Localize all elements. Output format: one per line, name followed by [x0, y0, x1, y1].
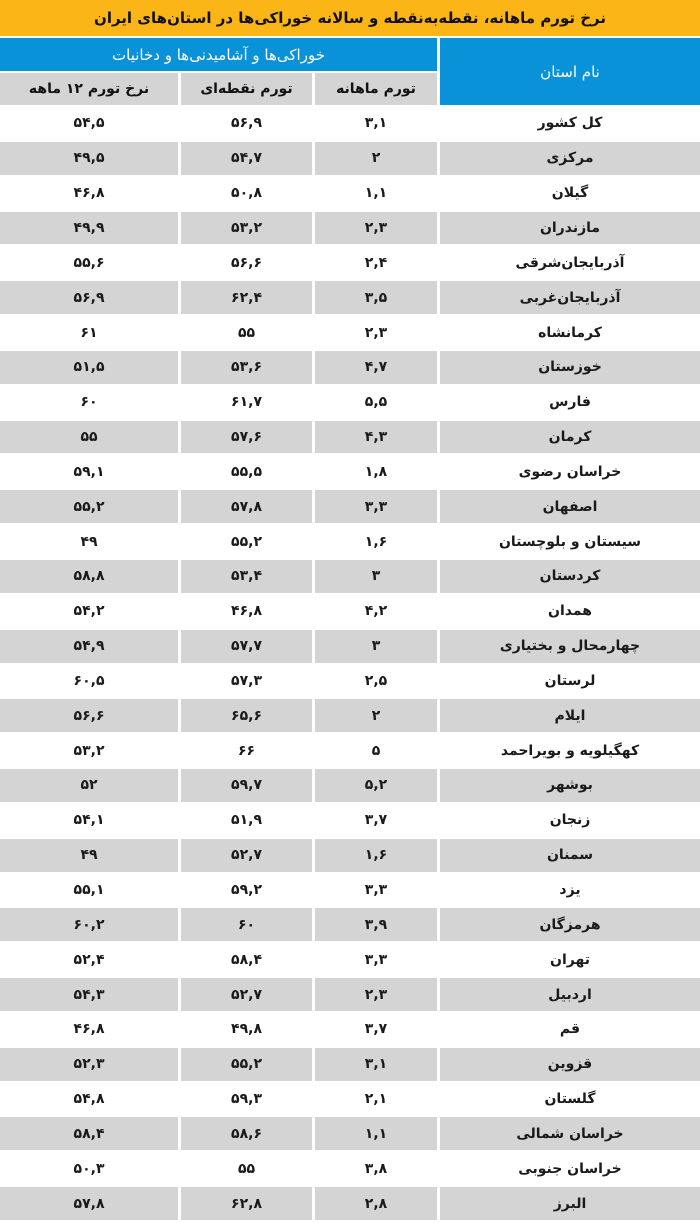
table-row: کرمانشاه۲,۳۵۵۶۱: [0, 316, 700, 349]
table-row: مرکزی۲۵۴,۷۴۹,۵: [0, 142, 700, 175]
table-row: همدان۴,۲۴۶,۸۵۴,۲: [0, 595, 700, 628]
header-point: تورم نقطه‌ای: [181, 73, 312, 105]
point-cell: ۵۳,۴: [181, 560, 312, 593]
province-cell: سیستان و بلوچستان: [440, 525, 700, 558]
table-row: مازندران۲,۳۵۳,۲۴۹,۹: [0, 212, 700, 245]
annual-cell: ۶۱: [0, 316, 178, 349]
annual-cell: ۶۰,۲: [0, 908, 178, 941]
table-row: تهران۳,۳۵۸,۴۵۲,۴: [0, 943, 700, 976]
point-cell: ۵۱,۹: [181, 804, 312, 837]
monthly-cell: ۱,۶: [315, 839, 437, 872]
annual-cell: ۵۰,۳: [0, 1152, 178, 1185]
province-cell: آذربایجان‌غربی: [440, 281, 700, 314]
point-cell: ۵۷,۸: [181, 490, 312, 523]
header-monthly: تورم ماهانه: [315, 73, 437, 105]
annual-cell: ۶۰,۵: [0, 665, 178, 698]
table-row: آذربایجان‌شرقی۲,۴۵۶,۶۵۵,۶: [0, 246, 700, 279]
monthly-cell: ۳,۸: [315, 1152, 437, 1185]
annual-cell: ۵۴,۵: [0, 107, 178, 140]
province-cell: چهارمحال و بختیاری: [440, 630, 700, 663]
point-cell: ۵۷,۷: [181, 630, 312, 663]
annual-cell: ۵۶,۶: [0, 699, 178, 732]
header-annual: نرخ تورم ۱۲ ماهه: [0, 73, 178, 105]
point-cell: ۶۵,۶: [181, 699, 312, 732]
annual-cell: ۵۵,۶: [0, 246, 178, 279]
annual-cell: ۴۹,۹: [0, 212, 178, 245]
header-group-food: خوراکی‌ها و آشامیدنی‌ها و دخانیات: [0, 38, 437, 71]
table-row: گیلان۱,۱۵۰,۸۴۶,۸: [0, 177, 700, 210]
annual-cell: ۵۳,۲: [0, 734, 178, 767]
point-cell: ۵۹,۳: [181, 1083, 312, 1116]
monthly-cell: ۱,۶: [315, 525, 437, 558]
inflation-table: نرخ تورم ماهانه، نقطه‌به‌نقطه و سالانه خ…: [0, 0, 700, 1225]
annual-cell: ۵۸,۴: [0, 1117, 178, 1150]
monthly-cell: ۴,۷: [315, 351, 437, 384]
point-cell: ۵۵,۵: [181, 455, 312, 488]
annual-cell: ۴۶,۸: [0, 177, 178, 210]
monthly-cell: ۳,۹: [315, 908, 437, 941]
monthly-cell: ۳: [315, 630, 437, 663]
annual-cell: ۵۴,۳: [0, 978, 178, 1011]
province-cell: همدان: [440, 595, 700, 628]
province-cell: اصفهان: [440, 490, 700, 523]
table-row: گلستان۲,۱۵۹,۳۵۴,۸: [0, 1083, 700, 1116]
monthly-cell: ۴,۲: [315, 595, 437, 628]
annual-cell: ۴۹,۵: [0, 142, 178, 175]
province-cell: البرز: [440, 1187, 700, 1220]
point-cell: ۵۴,۷: [181, 142, 312, 175]
monthly-cell: ۱,۸: [315, 455, 437, 488]
province-cell: زنجان: [440, 804, 700, 837]
point-cell: ۴۶,۸: [181, 595, 312, 628]
annual-cell: ۴۹: [0, 525, 178, 558]
monthly-cell: ۳,۷: [315, 804, 437, 837]
monthly-cell: ۳,۳: [315, 943, 437, 976]
monthly-cell: ۲,۳: [315, 316, 437, 349]
table-row: چهارمحال و بختیاری۳۵۷,۷۵۴,۹: [0, 630, 700, 663]
table-row: کردستان۳۵۳,۴۵۸,۸: [0, 560, 700, 593]
point-cell: ۵۰,۸: [181, 177, 312, 210]
province-cell: تهران: [440, 943, 700, 976]
monthly-cell: ۵: [315, 734, 437, 767]
point-cell: ۵۷,۳: [181, 665, 312, 698]
annual-cell: ۵۴,۸: [0, 1083, 178, 1116]
province-cell: خراسان جنوبی: [440, 1152, 700, 1185]
monthly-cell: ۳: [315, 560, 437, 593]
monthly-cell: ۵,۵: [315, 386, 437, 419]
province-cell: خراسان شمالی: [440, 1117, 700, 1150]
annual-cell: ۵۱,۵: [0, 351, 178, 384]
point-cell: ۵۵: [181, 1152, 312, 1185]
monthly-cell: ۳,۳: [315, 490, 437, 523]
point-cell: ۵۳,۲: [181, 212, 312, 245]
table-row: هرمزگان۳,۹۶۰۶۰,۲: [0, 908, 700, 941]
annual-cell: ۵۷,۸: [0, 1187, 178, 1220]
table-row: کل کشور۳,۱۵۶,۹۵۴,۵: [0, 107, 700, 140]
table-row: یزد۳,۳۵۹,۲۵۵,۱: [0, 874, 700, 907]
annual-cell: ۵۵: [0, 421, 178, 454]
monthly-cell: ۲: [315, 142, 437, 175]
annual-cell: ۵۲: [0, 769, 178, 802]
monthly-cell: ۲,۱: [315, 1083, 437, 1116]
province-cell: کل کشور: [440, 107, 700, 140]
monthly-cell: ۲,۳: [315, 978, 437, 1011]
monthly-cell: ۳,۵: [315, 281, 437, 314]
table-row: بوشهر۵,۲۵۹,۷۵۲: [0, 769, 700, 802]
point-cell: ۵۲,۷: [181, 839, 312, 872]
table-row: خراسان رضوی۱,۸۵۵,۵۵۹,۱: [0, 455, 700, 488]
monthly-cell: ۳,۱: [315, 107, 437, 140]
point-cell: ۵۹,۷: [181, 769, 312, 802]
table-row: اصفهان۳,۳۵۷,۸۵۵,۲: [0, 490, 700, 523]
annual-cell: ۵۲,۳: [0, 1048, 178, 1081]
point-cell: ۵۵: [181, 316, 312, 349]
province-cell: کهگیلویه و بویراحمد: [440, 734, 700, 767]
monthly-cell: ۴,۳: [315, 421, 437, 454]
annual-cell: ۴۹: [0, 839, 178, 872]
province-cell: اردبیل: [440, 978, 700, 1011]
point-cell: ۵۵,۲: [181, 525, 312, 558]
table-row: قم۳,۷۴۹,۸۴۶,۸: [0, 1013, 700, 1046]
monthly-cell: ۵,۲: [315, 769, 437, 802]
point-cell: ۶۲,۴: [181, 281, 312, 314]
table-row: خوزستان۴,۷۵۳,۶۵۱,۵: [0, 351, 700, 384]
province-cell: کرمانشاه: [440, 316, 700, 349]
province-cell: خوزستان: [440, 351, 700, 384]
province-cell: فارس: [440, 386, 700, 419]
annual-cell: ۵۸,۸: [0, 560, 178, 593]
point-cell: ۵۲,۷: [181, 978, 312, 1011]
table-row: ایلام۲۶۵,۶۵۶,۶: [0, 699, 700, 732]
point-cell: ۵۸,۶: [181, 1117, 312, 1150]
province-cell: بوشهر: [440, 769, 700, 802]
table-row: زنجان۳,۷۵۱,۹۵۴,۱: [0, 804, 700, 837]
province-cell: قزوین: [440, 1048, 700, 1081]
province-cell: لرستان: [440, 665, 700, 698]
province-cell: هرمزگان: [440, 908, 700, 941]
province-cell: خراسان رضوی: [440, 455, 700, 488]
table-row: قزوین۳,۱۵۵,۲۵۲,۳: [0, 1048, 700, 1081]
point-cell: ۶۱,۷: [181, 386, 312, 419]
province-cell: یزد: [440, 874, 700, 907]
monthly-cell: ۳,۳: [315, 874, 437, 907]
annual-cell: ۵۴,۲: [0, 595, 178, 628]
annual-cell: ۵۹,۱: [0, 455, 178, 488]
annual-cell: ۶۰: [0, 386, 178, 419]
point-cell: ۵۶,۹: [181, 107, 312, 140]
table-row: البرز۲,۸۶۲,۸۵۷,۸: [0, 1187, 700, 1220]
monthly-cell: ۳,۷: [315, 1013, 437, 1046]
table-title: نرخ تورم ماهانه، نقطه‌به‌نقطه و سالانه خ…: [0, 0, 700, 36]
point-cell: ۶۰: [181, 908, 312, 941]
province-cell: سمنان: [440, 839, 700, 872]
province-cell: گیلان: [440, 177, 700, 210]
annual-cell: ۵۲,۴: [0, 943, 178, 976]
table-row: لرستان۲,۵۵۷,۳۶۰,۵: [0, 665, 700, 698]
province-cell: آذربایجان‌شرقی: [440, 246, 700, 279]
table-row: سیستان و بلوچستان۱,۶۵۵,۲۴۹: [0, 525, 700, 558]
table-body: کل کشور۳,۱۵۶,۹۵۴,۵مرکزی۲۵۴,۷۴۹,۵گیلان۱,۱…: [0, 107, 700, 1222]
header-province: نام استان: [440, 38, 700, 105]
annual-cell: ۵۶,۹: [0, 281, 178, 314]
province-cell: قم: [440, 1013, 700, 1046]
monthly-cell: ۲,۸: [315, 1187, 437, 1220]
annual-cell: ۵۴,۹: [0, 630, 178, 663]
point-cell: ۵۵,۲: [181, 1048, 312, 1081]
point-cell: ۵۶,۶: [181, 246, 312, 279]
point-cell: ۵۹,۲: [181, 874, 312, 907]
table-row: کهگیلویه و بویراحمد۵۶۶۵۳,۲: [0, 734, 700, 767]
table-row: خراسان شمالی۱,۱۵۸,۶۵۸,۴: [0, 1117, 700, 1150]
point-cell: ۵۳,۶: [181, 351, 312, 384]
annual-cell: ۵۴,۱: [0, 804, 178, 837]
point-cell: ۶۲,۸: [181, 1187, 312, 1220]
annual-cell: ۴۶,۸: [0, 1013, 178, 1046]
province-cell: کرمان: [440, 421, 700, 454]
table-row: خراسان جنوبی۳,۸۵۵۵۰,۳: [0, 1152, 700, 1185]
annual-cell: ۵۵,۱: [0, 874, 178, 907]
point-cell: ۴۹,۸: [181, 1013, 312, 1046]
annual-cell: ۵۵,۲: [0, 490, 178, 523]
table-row: اردبیل۲,۳۵۲,۷۵۴,۳: [0, 978, 700, 1011]
table-row: کرمان۴,۳۵۷,۶۵۵: [0, 421, 700, 454]
monthly-cell: ۲,۴: [315, 246, 437, 279]
province-cell: کردستان: [440, 560, 700, 593]
province-cell: ایلام: [440, 699, 700, 732]
monthly-cell: ۱,۱: [315, 1117, 437, 1150]
province-cell: گلستان: [440, 1083, 700, 1116]
point-cell: ۶۶: [181, 734, 312, 767]
province-cell: مازندران: [440, 212, 700, 245]
monthly-cell: ۲,۵: [315, 665, 437, 698]
point-cell: ۵۸,۴: [181, 943, 312, 976]
monthly-cell: ۳,۱: [315, 1048, 437, 1081]
monthly-cell: ۲: [315, 699, 437, 732]
table-row: آذربایجان‌غربی۳,۵۶۲,۴۵۶,۹: [0, 281, 700, 314]
point-cell: ۵۷,۶: [181, 421, 312, 454]
monthly-cell: ۱,۱: [315, 177, 437, 210]
monthly-cell: ۲,۳: [315, 212, 437, 245]
province-cell: مرکزی: [440, 142, 700, 175]
table-row: فارس۵,۵۶۱,۷۶۰: [0, 386, 700, 419]
table-row: سمنان۱,۶۵۲,۷۴۹: [0, 839, 700, 872]
